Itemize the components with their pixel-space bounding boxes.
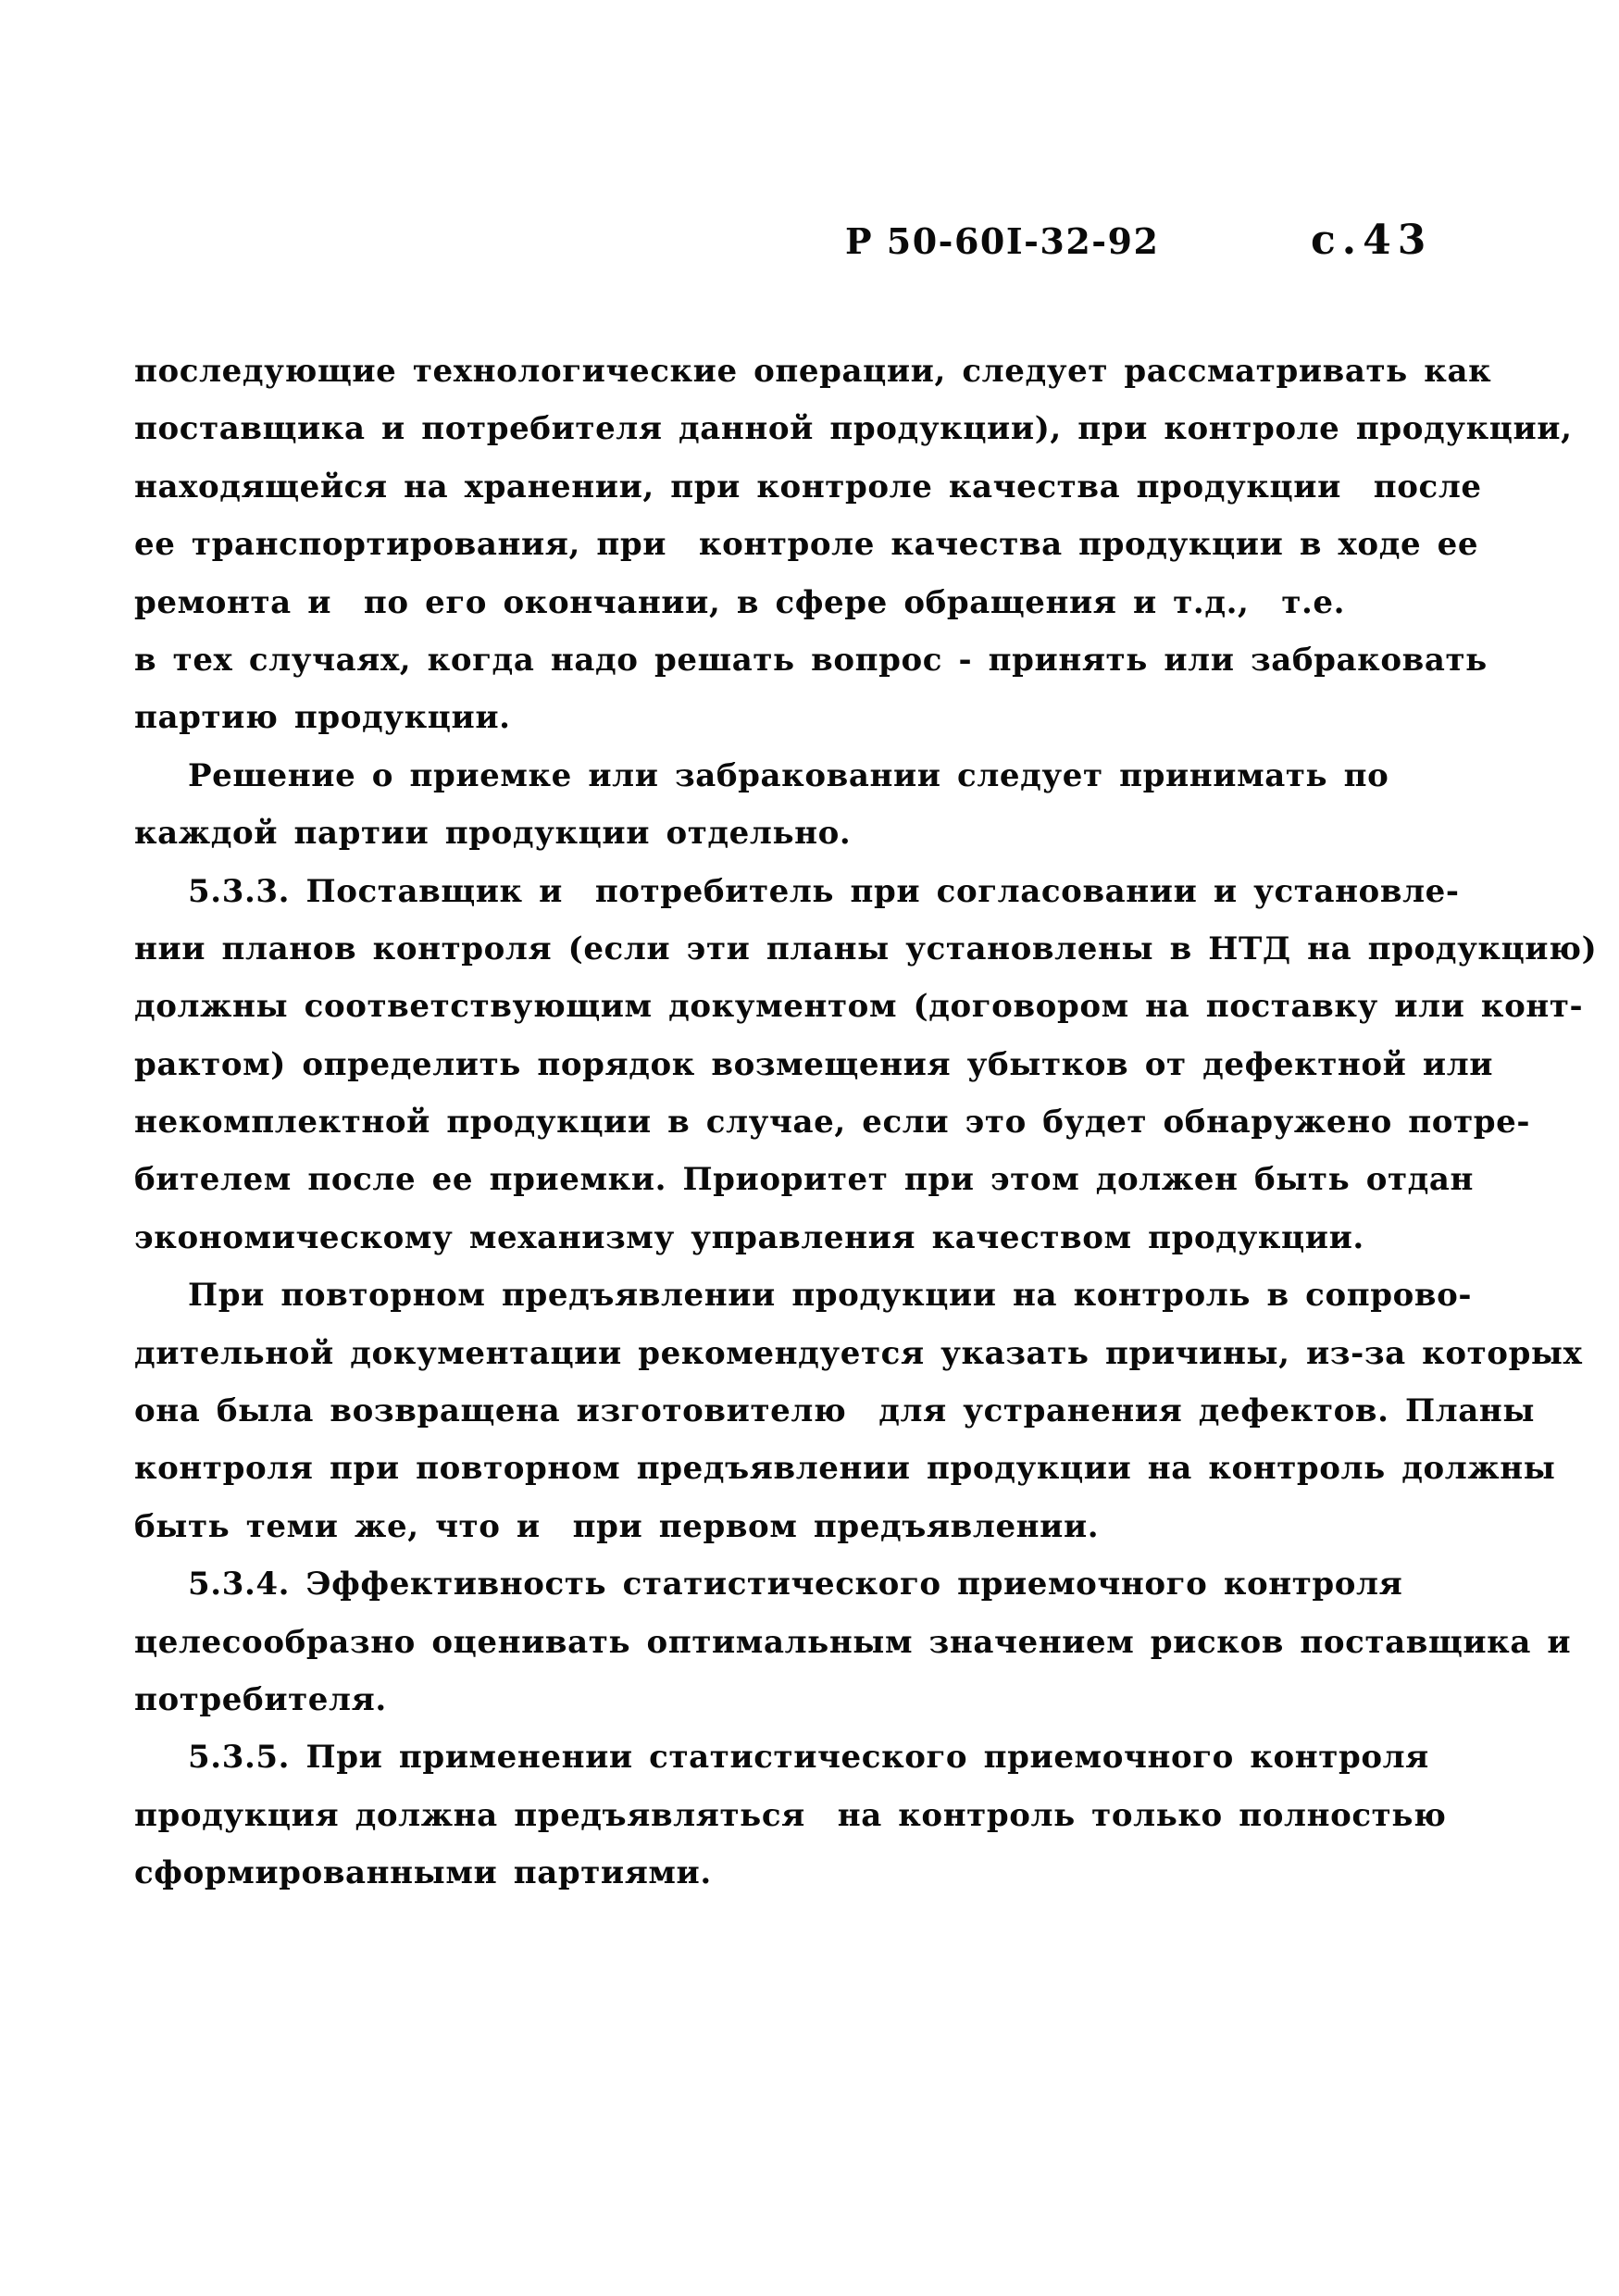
document-page: Р 50-60I-32-92 с.43 последующие технолог…	[0, 0, 1619, 2296]
text-line: сформированными партиями.	[134, 1844, 1430, 1902]
text-line: нии планов контроля (если эти планы уста…	[134, 920, 1430, 978]
text-line: она была возвращена изготовителю для уст…	[134, 1382, 1430, 1440]
text-line: продукция должна предъявляться на контро…	[134, 1787, 1430, 1844]
text-line: ремонта и по его окончании, в сфере обра…	[134, 574, 1430, 631]
text-line: дительной документации рекомендуется ука…	[134, 1325, 1430, 1382]
text-line: При повторном предъявлении продукции на …	[134, 1267, 1430, 1324]
text-line: в тех случаях, когда надо решать вопрос …	[134, 631, 1430, 689]
text-line: 5.3.4. Эффективность статистического при…	[134, 1555, 1430, 1613]
text-line: контроля при повторном предъявлении прод…	[134, 1440, 1430, 1497]
text-line: 5.3.5. При применении статистического пр…	[134, 1728, 1430, 1786]
text-line: последующие технологические операции, сл…	[134, 343, 1430, 400]
header-page-number: с.43	[1311, 217, 1432, 264]
text-line: целесообразно оценивать оптимальным знач…	[134, 1614, 1430, 1671]
text-line: 5.3.3. Поставщик и потребитель при согла…	[134, 863, 1430, 920]
text-line: экономическому механизму управления каче…	[134, 1209, 1430, 1267]
text-line: потребителя.	[134, 1671, 1430, 1728]
text-line: некомплектной продукции в случае, если э…	[134, 1093, 1430, 1151]
text-line: Решение о приемке или забраковании следу…	[134, 747, 1430, 805]
text-line: ее транспортирования, при контроле качес…	[134, 516, 1430, 573]
text-line: быть теми же, что и при первом предъявле…	[134, 1498, 1430, 1555]
header-doc-number: Р 50-60I-32-92	[845, 220, 1159, 262]
text-line: находящейся на хранении, при контроле ка…	[134, 458, 1430, 516]
text-line: должны соответствующим документом (догов…	[134, 978, 1430, 1035]
text-line: поставщика и потребителя данной продукци…	[134, 400, 1430, 457]
text-line: бителем после ее приемки. Приоритет при …	[134, 1151, 1430, 1208]
document-body: последующие технологические операции, сл…	[134, 343, 1430, 1903]
text-line: партию продукции.	[134, 689, 1430, 746]
text-line: каждой партии продукции отдельно.	[134, 805, 1430, 862]
text-line: рактом) определить порядок возмещения уб…	[134, 1036, 1430, 1093]
